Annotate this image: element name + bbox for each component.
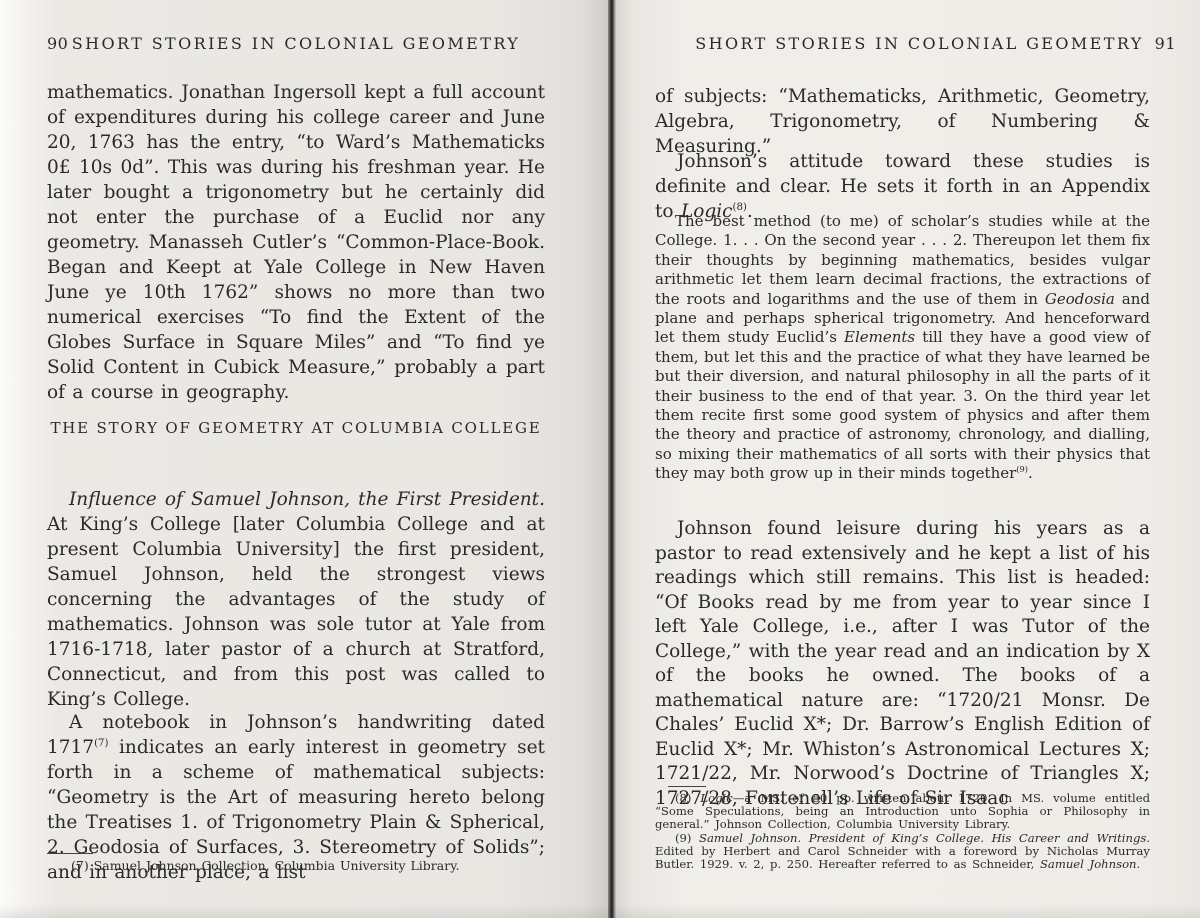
right-page-number: 91 xyxy=(1155,34,1176,53)
scan-bottom-shadow xyxy=(0,904,1200,918)
body-paragraph: mathematics. Jonathan Ingersoll kept a f… xyxy=(47,80,545,405)
footnote: (9) Samuel Johnson. President of King’s … xyxy=(655,832,1150,872)
block-quote: The best method (to me) of scholar’s stu… xyxy=(655,212,1150,484)
page-gutter-shadow xyxy=(608,0,616,918)
body-paragraph: Johnson found leisure during his years a… xyxy=(655,517,1150,811)
body-paragraph: Influence of Samuel Johnson, the First P… xyxy=(47,487,545,712)
footnotes-block: (8) Logic—a MS. of 50 pp. written about … xyxy=(655,792,1150,871)
footnote-rule xyxy=(47,853,93,854)
right-page: SHORT STORIES IN COLONIAL GEOMETRY 91 of… xyxy=(616,0,1200,918)
text-segment: Elements xyxy=(844,328,915,346)
running-title: SHORT STORIES IN COLONIAL GEOMETRY xyxy=(72,34,521,53)
text-segment: Logic xyxy=(700,791,732,805)
text-segment: (7) xyxy=(94,738,108,749)
footnote: (7) Samuel Johnson Collection, Columbia … xyxy=(47,859,545,873)
text-segment: Samuel Johnson. President of King’s Coll… xyxy=(699,831,1150,845)
right-running-head: SHORT STORIES IN COLONIAL GEOMETRY 91 xyxy=(655,34,1150,53)
text-segment: Influence of Samuel Johnson, the First P… xyxy=(69,489,545,510)
text-segment: Samuel Johnson. xyxy=(1040,857,1140,871)
footnote-rule xyxy=(668,786,706,787)
left-page-number: 90 xyxy=(47,34,68,53)
text-segment: (9) xyxy=(1016,464,1028,474)
body-paragraph: of subjects: “Mathematicks, Arithmetic, … xyxy=(655,84,1150,159)
left-page: 90 SHORT STORIES IN COLONIAL GEOMETRY ma… xyxy=(0,0,608,918)
text-segment: (9) xyxy=(675,831,699,845)
section-heading: THE STORY OF GEOMETRY AT COLUMBIA COLLEG… xyxy=(47,419,545,437)
book-spread-scan: 90 SHORT STORIES IN COLONIAL GEOMETRY ma… xyxy=(0,0,1200,918)
left-running-head: 90 SHORT STORIES IN COLONIAL GEOMETRY xyxy=(47,34,545,53)
text-segment: Geodosia xyxy=(1045,290,1115,308)
footnote: (8) Logic—a MS. of 50 pp. written about … xyxy=(655,792,1150,832)
running-title: SHORT STORIES IN COLONIAL GEOMETRY xyxy=(695,34,1144,53)
text-segment: till they have a good view of them, but … xyxy=(655,328,1150,482)
text-segment: (8) xyxy=(675,791,700,805)
text-segment: . xyxy=(1028,464,1033,482)
text-segment: At King’s College [later Columbia Colleg… xyxy=(47,514,545,710)
